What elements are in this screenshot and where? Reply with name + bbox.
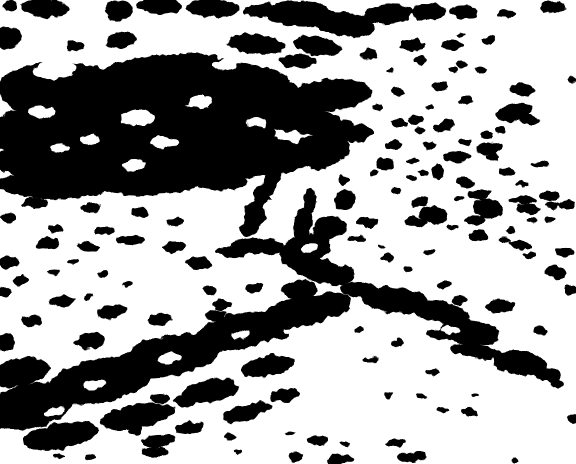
ink-blob — [481, 36, 495, 44]
ink-blob — [386, 68, 394, 72]
ink-blob — [348, 236, 366, 242]
ink-blob — [357, 217, 379, 227]
ink-blob — [417, 393, 427, 399]
ink-blob — [377, 158, 395, 170]
ink-blob — [507, 228, 515, 234]
ink-blob — [203, 286, 217, 294]
ink-blob — [234, 449, 242, 453]
ink-blob — [458, 33, 466, 37]
ink-blob — [552, 379, 564, 387]
dalmatian-illusion-image — [0, 0, 576, 464]
ink-blob — [378, 244, 386, 248]
ink-blob — [495, 127, 505, 133]
ink-blob — [410, 4, 446, 20]
ink-blob — [235, 153, 255, 163]
ink-blob — [391, 187, 401, 195]
ink-blob — [55, 454, 65, 458]
ink-blob — [408, 115, 424, 125]
ink-blob — [448, 224, 458, 230]
ink-blob — [225, 434, 235, 440]
ink-blob — [527, 218, 537, 224]
ink-blob — [2, 1, 18, 11]
ink-blob — [544, 217, 556, 223]
ink-blob — [48, 269, 60, 275]
ink-blob — [499, 237, 511, 243]
ink-blob — [438, 407, 448, 413]
ink-blob — [456, 60, 468, 68]
ink-blob — [373, 105, 383, 111]
ink-blob — [415, 127, 425, 133]
ink-blob — [362, 131, 372, 137]
ink-blob — [0, 213, 16, 223]
ink-blob — [83, 293, 93, 299]
ink-blob — [199, 394, 215, 402]
ink-blob — [96, 227, 114, 235]
ink-blob — [458, 139, 472, 147]
ink-blob — [217, 328, 233, 336]
ink-blob — [399, 39, 425, 51]
ink-blob — [432, 164, 444, 180]
ink-blob — [406, 175, 416, 181]
ink-blob — [98, 271, 108, 277]
ink-blob — [425, 104, 435, 110]
ink-blob — [509, 196, 537, 204]
ink-blob — [167, 218, 183, 226]
ink-blob — [392, 339, 404, 345]
ink-blob — [286, 431, 294, 435]
ink-blob — [408, 158, 418, 164]
ink-blob — [524, 252, 536, 258]
ink-blob — [533, 326, 547, 334]
ink-blob — [516, 181, 528, 187]
ink-blob — [441, 120, 455, 128]
white-hole — [80, 135, 100, 145]
ink-blob — [47, 224, 63, 232]
ink-blob — [499, 168, 515, 176]
ink-blob — [66, 41, 84, 51]
ink-blob — [459, 152, 471, 158]
ink-blob — [487, 154, 499, 160]
ink-blob — [448, 67, 458, 73]
ink-blob — [128, 425, 142, 435]
ink-blob — [391, 88, 405, 96]
ink-blob — [338, 174, 348, 186]
ink-blob — [544, 202, 560, 208]
ink-blob — [540, 1, 566, 13]
ink-blob — [471, 393, 479, 397]
ink-blob — [384, 392, 394, 398]
ink-blob — [150, 394, 170, 402]
white-hole — [247, 117, 267, 127]
ink-blob — [123, 281, 133, 287]
ink-blob — [369, 170, 379, 176]
ink-blob — [116, 235, 144, 245]
ink-blob — [364, 357, 378, 363]
ink-blob — [452, 296, 468, 304]
white-hole — [50, 144, 70, 152]
ink-blob — [414, 56, 426, 64]
ink-blob — [337, 119, 353, 129]
ink-blob — [85, 454, 95, 460]
ink-blob — [0, 255, 18, 269]
ink-blob — [424, 249, 436, 255]
ink-blob — [475, 67, 485, 73]
ink-blob — [385, 141, 403, 149]
white-hole — [290, 75, 310, 85]
ink-blob — [288, 453, 304, 461]
ink-blob — [479, 131, 493, 139]
ink-blob — [355, 327, 365, 333]
white-hole — [121, 110, 155, 126]
ink-blob — [497, 10, 515, 18]
ink-blob — [21, 315, 43, 327]
ink-blob — [334, 190, 356, 210]
ink-blob — [361, 49, 379, 59]
ink-blob — [426, 369, 438, 375]
ink-blob — [432, 81, 448, 91]
ink-blob — [559, 200, 575, 210]
ink-blob — [213, 300, 231, 310]
ink-blob — [530, 161, 550, 167]
ink-blob — [454, 195, 464, 201]
ink-blob — [459, 96, 473, 104]
ink-blob — [402, 267, 414, 273]
ink-blob — [198, 348, 212, 356]
white-hole — [213, 59, 237, 71]
white-hole — [123, 160, 147, 170]
dalmatian-illusion-artwork — [0, 0, 576, 464]
ink-blob — [340, 441, 350, 447]
ink-blob — [513, 458, 519, 462]
ink-blob — [23, 198, 47, 208]
ink-blob — [441, 40, 463, 50]
ink-blob — [280, 54, 316, 68]
ink-blob — [66, 259, 78, 265]
ink-blob — [418, 170, 428, 176]
